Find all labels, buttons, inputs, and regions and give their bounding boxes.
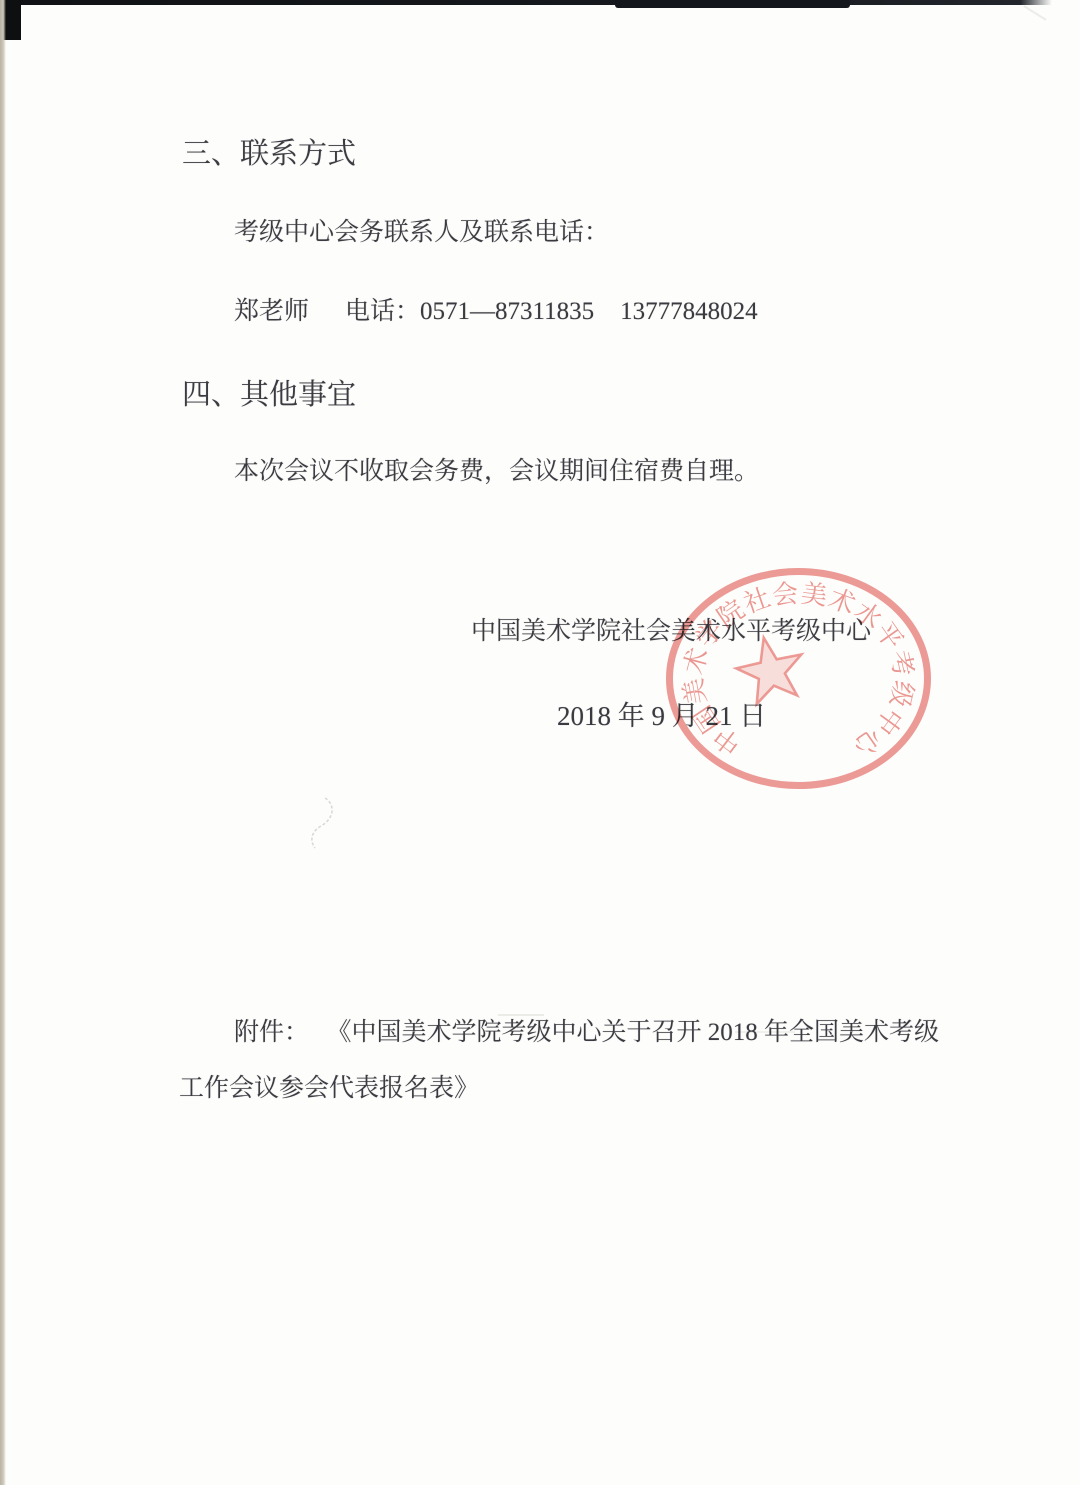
official-seal: 中国美术学院社会美术水平考级中心	[656, 556, 946, 806]
scan-smudge	[1023, 5, 1046, 20]
scan-edge-top	[0, 0, 1052, 5]
contact-phone-mobile: 13777848024	[620, 298, 758, 325]
attachment-label: 附件：	[234, 1019, 309, 1046]
section3-heading: 三、联系方式	[182, 137, 356, 172]
attachment-line2: 工作会议参会代表报名表》	[179, 1074, 479, 1104]
contact-phone-label: 电话：	[345, 298, 420, 325]
scanned-document-page: 三、联系方式 考级中心会务联系人及联系电话： 郑老师电话：0571—873118…	[0, 0, 1080, 1485]
attachment-line1: 附件：《中国美术学院考级中心关于召开 2018 年全国美术考级	[234, 1018, 939, 1048]
scan-edge-top-thick	[615, 0, 850, 8]
seal-ring-text: 中国美术学院社会美术水平考级中心	[678, 579, 918, 762]
seal-star-icon	[731, 631, 809, 707]
pen-scribble-mark	[295, 790, 355, 860]
section4-body-line: 本次会议不收取会务费，会议期间住宿费自理。	[234, 457, 759, 487]
contact-phone-fixed: 0571—87311835	[420, 298, 594, 325]
contact-intro-line: 考级中心会务联系人及联系电话：	[234, 218, 609, 248]
section4-heading: 四、其他事宜	[182, 378, 356, 413]
scan-edge-left	[0, 0, 6, 1485]
scan-smudge	[498, 1014, 544, 1016]
contact-line: 郑老师电话：0571—8731183513777848024	[234, 297, 758, 327]
contact-name: 郑老师	[234, 298, 309, 325]
attachment-title-part1: 《中国美术学院考级中心关于召开 2018 年全国美术考级	[339, 1019, 939, 1046]
